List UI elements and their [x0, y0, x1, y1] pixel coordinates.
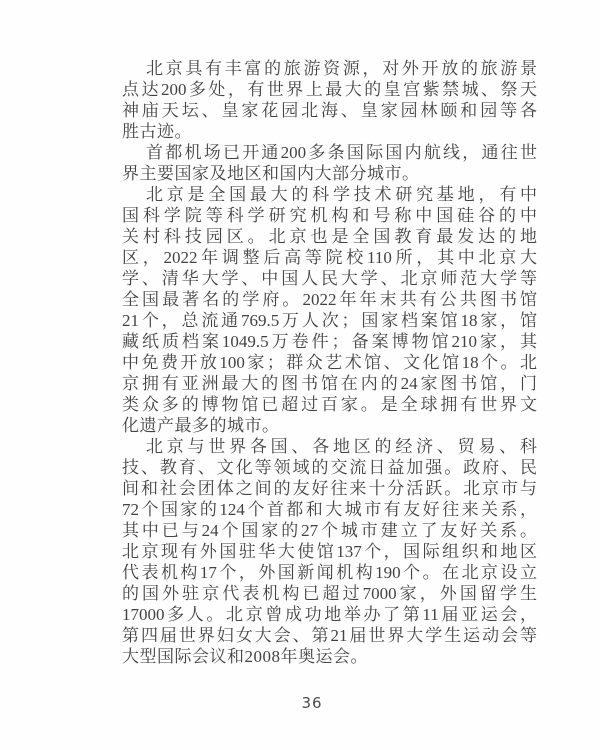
text-line: 全国最著名的学府。2022年年末共有公共图书馆 [122, 289, 537, 310]
text-line: 学、清华大学、中国人民大学、北京师范大学等 [122, 268, 537, 289]
text-line: 21个，总流通769.5万人次；国家档案馆18家，馆 [122, 310, 537, 331]
text-line: 北京现有外国驻华大使馆137个，国际组织和地区 [122, 541, 537, 562]
text-line: 第四届世界妇女大会、第21届世界大学生运动会等 [122, 625, 537, 646]
text-line: 国科学院等科学研究机构和号称中国硅谷的中 [122, 205, 537, 226]
text-line: 代表机构17个，外国新闻机构190个。在北京设立 [122, 562, 537, 583]
text-line: 首都机场已开通200多条国际国内航线，通往世 [122, 142, 537, 163]
text-line: 72个国家的124个首都和大城市有友好往来关系， [122, 499, 537, 520]
text-line: 胜古迹。 [122, 121, 537, 142]
text-line: 北京是全国最大的科学技术研究基地，有中 [122, 184, 537, 205]
text-line: 界主要国家及地区和国内大部分城市。 [122, 163, 537, 184]
paragraph: 首都机场已开通200多条国际国内航线，通往世界主要国家及地区和国内大部分城市。 [122, 142, 537, 184]
text-line: 北京与世界各国、各地区的经济、贸易、科 [122, 436, 537, 457]
text-line: 类众多的博物馆已超过百家。是全球拥有世界文 [122, 394, 537, 415]
text-line: 藏纸质档案1049.5万卷件；备案博物馆210家，其 [122, 331, 537, 352]
text-line: 技、教育、文化等领域的交流日益加强。政府、民 [122, 457, 537, 478]
text-line: 间和社会团体之间的友好往来十分活跃。北京市与 [122, 478, 537, 499]
text-line: 神庙天坛、皇家花园北海、皇家园林颐和园等各 [122, 100, 537, 121]
text-line: 的国外驻京代表机构已超过7000家，外国留学生 [122, 583, 537, 604]
page-footer: 36 [0, 694, 600, 713]
page-body: 北京具有丰富的旅游资源，对外开放的旅游景点达200多处，有世界上最大的皇宫紫禁城… [122, 58, 537, 667]
paragraph: 北京是全国最大的科学技术研究基地，有中国科学院等科学研究机构和号称中国硅谷的中关… [122, 184, 537, 436]
text-line: 其中已与24个国家的27个城市建立了友好关系。 [122, 520, 537, 541]
text-line: 大型国际会议和2008年奥运会。 [122, 646, 537, 667]
paragraph: 北京与世界各国、各地区的经济、贸易、科技、教育、文化等领域的交流日益加强。政府、… [122, 436, 537, 667]
document-page: 北京具有丰富的旅游资源，对外开放的旅游景点达200多处，有世界上最大的皇宫紫禁城… [0, 0, 600, 750]
text-line: 点达200多处，有世界上最大的皇宫紫禁城、祭天 [122, 79, 537, 100]
text-line: 中免费开放100家；群众艺术馆、文化馆18个。北 [122, 352, 537, 373]
text-line: 区，2022年调整后高等院校110所，其中北京大 [122, 247, 537, 268]
paragraph: 北京具有丰富的旅游资源，对外开放的旅游景点达200多处，有世界上最大的皇宫紫禁城… [122, 58, 537, 142]
text-line: 化遗产最多的城市。 [122, 415, 537, 436]
text-line: 京拥有亚洲最大的图书馆在内的24家图书馆，门 [122, 373, 537, 394]
text-line: 北京具有丰富的旅游资源，对外开放的旅游景 [122, 58, 537, 79]
text-line: 关村科技园区。北京也是全国教育最发达的地 [122, 226, 537, 247]
page-number: 36 [301, 694, 322, 712]
text-line: 17000多人。北京曾成功地举办了第11届亚运会， [122, 604, 537, 625]
